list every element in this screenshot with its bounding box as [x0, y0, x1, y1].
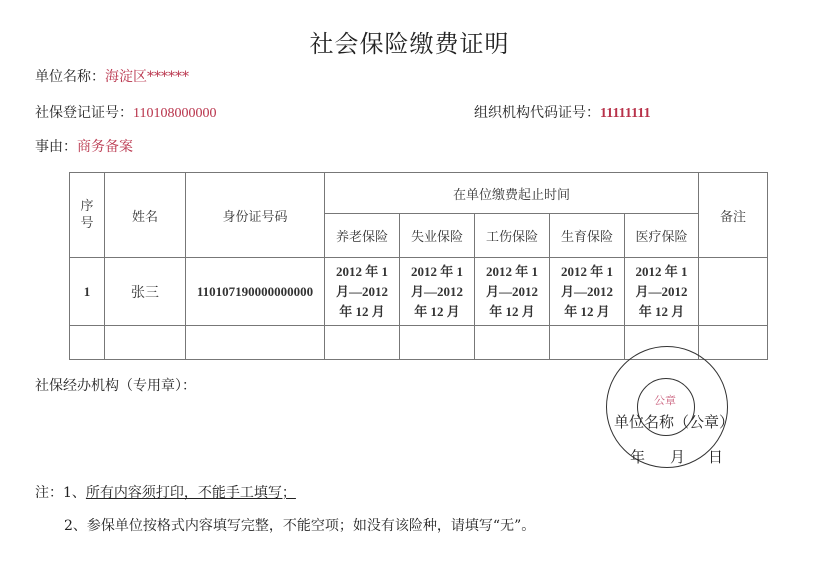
date-month: 月 [670, 446, 685, 467]
row-medical-period: 2012 年 1月—2012年 12 月 [625, 258, 699, 326]
reason-field: 事由：商务备案 [35, 136, 133, 156]
unit-name-value: 海淀区****** [105, 69, 189, 85]
row-seq: 1 [70, 258, 105, 326]
row-remarks [699, 258, 768, 326]
registration-value: 110108000000 [133, 106, 216, 121]
table-row: 1 张三 110107190000000000 2012 年 1月—2012年 … [70, 258, 768, 326]
reason-value: 商务备案 [77, 139, 133, 155]
note-item-1: 注：1、所有内容须打印，不能手工填写； [35, 482, 296, 502]
date-year: 年 [630, 446, 645, 467]
empty-cell [186, 326, 325, 360]
org-code-field: 组织机构代码证号：11111111 [474, 102, 651, 122]
header-id: 身份证号码 [186, 173, 325, 258]
registration-label: 社保登记证号： [35, 105, 133, 121]
empty-cell [400, 326, 475, 360]
empty-cell [105, 326, 186, 360]
header-unemployment: 失业保险 [400, 214, 475, 258]
org-code-label: 组织机构代码证号： [474, 105, 600, 121]
note-item-2: 2、参保单位按格式内容填写完整，不能空项；如没有该险种，请填写“无”。 [64, 515, 535, 535]
empty-cell [70, 326, 105, 360]
seal-text: 公章 [654, 392, 676, 408]
contribution-table: 序号 姓名 身份证号码 在单位缴费起止时间 备注 养老保险 失业保险 工伤保险 … [69, 172, 768, 360]
empty-cell [550, 326, 625, 360]
empty-cell [699, 326, 768, 360]
header-period-group: 在单位缴费起止时间 [325, 173, 699, 214]
agency-seal-label: 社保经办机构（专用章）： [35, 375, 196, 395]
row-name: 张三 [105, 258, 186, 326]
empty-cell [475, 326, 550, 360]
page-title: 社会保险缴费证明 [0, 24, 819, 59]
row-maternity-period: 2012 年 1月—2012年 12 月 [550, 258, 625, 326]
date-day: 日 [708, 446, 723, 467]
header-seq: 序号 [70, 173, 105, 258]
header-medical: 医疗保险 [625, 214, 699, 258]
row-injury-period: 2012 年 1月—2012年 12 月 [475, 258, 550, 326]
reason-label: 事由： [35, 139, 77, 155]
registration-field: 社保登记证号：110108000000 [35, 102, 216, 122]
header-remarks: 备注 [699, 173, 768, 258]
row-pension-period: 2012 年 1月—2012年 12 月 [325, 258, 400, 326]
unit-seal-label: 单位名称（公章） [614, 411, 734, 432]
empty-cell [325, 326, 400, 360]
org-code-value: 11111111 [600, 106, 651, 121]
header-injury: 工伤保险 [475, 214, 550, 258]
header-maternity: 生育保险 [550, 214, 625, 258]
unit-name-label: 单位名称： [35, 69, 105, 85]
header-pension: 养老保险 [325, 214, 400, 258]
row-id: 110107190000000000 [186, 258, 325, 326]
unit-name-field: 单位名称：海淀区****** [35, 66, 189, 86]
row-unemployment-period: 2012 年 1月—2012年 12 月 [400, 258, 475, 326]
header-name: 姓名 [105, 173, 186, 258]
